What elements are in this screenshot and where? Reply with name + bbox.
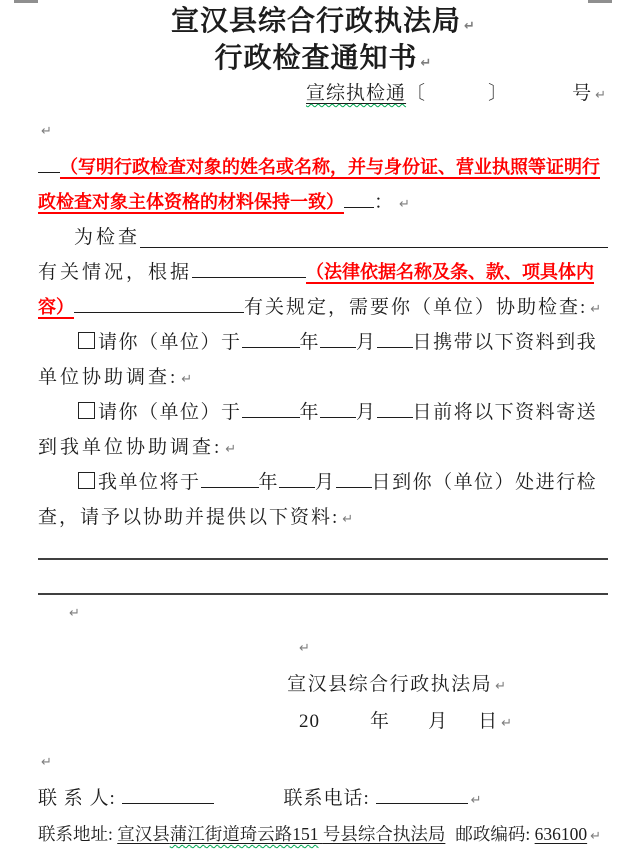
paragraph-mark: ↵ (464, 19, 475, 34)
title-text: 宣汉县综合行政执法局 (171, 6, 461, 37)
option-carry-line1: 请你（单位）于年月日携带以下资料到我 (38, 325, 608, 360)
legal-basis-blank[interactable] (74, 292, 244, 313)
issuer-org-name: 宣汉县综合行政执法局 (287, 665, 492, 704)
option-mail-line1: 请你（单位）于年月日前将以下资料寄送 (38, 395, 608, 430)
date-year-label: 年 (370, 704, 390, 740)
day-blank[interactable] (377, 327, 413, 348)
paragraph-mark: ↵ (225, 442, 236, 457)
subject-annotation-line2: 政检查对象主体资格的材料保持一致）：↵ (38, 185, 608, 220)
year-label: 年 (300, 332, 321, 353)
empty-line: ↵ (38, 740, 608, 780)
materials-blank-rule[interactable] (38, 560, 608, 595)
address-text: 宣汉县 (117, 824, 170, 844)
contact-person-blank[interactable] (122, 783, 214, 804)
subject-name-blank[interactable] (38, 152, 60, 173)
paragraph-mark: ↵ (399, 197, 410, 212)
month-blank[interactable] (320, 397, 356, 418)
date-year-prefix: 20 (299, 704, 320, 740)
paragraph-mark: ↵ (595, 80, 606, 112)
title-text: 行政检查通知书 (215, 43, 418, 74)
page-margin-cropmark-right (588, 0, 612, 3)
postal-code-label: 邮政编码: (455, 824, 530, 844)
document-title-line1: 宣汉县综合行政执法局↵ (38, 0, 608, 40)
materials-blank-rule[interactable] (38, 535, 608, 560)
paragraph-mark: ↵ (501, 706, 512, 742)
contact-address-value: 宣汉县蒲江街道琦云路151 号县综合执法局 (117, 824, 445, 844)
option-text: 携带以下资料到我 (433, 332, 597, 353)
legal-basis-annotation: （法律依据名称及条、款、项具体内 (306, 262, 594, 282)
option-carry-line2: 单位协助调查:↵ (38, 360, 608, 395)
option-visit-line1: 我单位将于年月日到你（单位）处进行检 (38, 465, 608, 500)
address-text: 号县综合执法局 (323, 824, 446, 844)
contact-phone-blank[interactable] (376, 783, 468, 804)
year-blank[interactable] (242, 327, 300, 348)
day-label: 日 (413, 332, 434, 353)
address-spellcheck-text: 蒲江街道琦云路151 (170, 824, 319, 844)
option-text: 前将以下资料寄送 (433, 402, 597, 423)
paragraph-mark: ↵ (41, 755, 52, 770)
year-blank[interactable] (201, 467, 259, 488)
basis-lead-text: 有关情况，根据 (38, 262, 192, 283)
option-mail-line2: 到我单位协助调查:↵ (38, 430, 608, 465)
paragraph-mark: ↵ (41, 124, 52, 139)
year-blank[interactable] (242, 397, 300, 418)
postal-code-value: 636100 (535, 824, 588, 844)
option-text: 请你（单位）于 (98, 402, 242, 423)
issue-date-line: 20年月日↵ (38, 704, 608, 740)
subject-colon: ： (374, 192, 396, 213)
option-text: 请你（单位）于 (98, 332, 242, 353)
subject-annotation-text: 政检查对象主体资格的材料保持一致） (38, 192, 344, 212)
inspect-lead-text: 为检查 (38, 220, 140, 255)
paragraph-mark: ↵ (69, 606, 80, 621)
contact-person-label: 联 系 人: (38, 788, 116, 809)
option-text: 到我单位协助调查: (38, 437, 222, 458)
month-label: 月 (356, 402, 377, 423)
day-blank[interactable] (377, 397, 413, 418)
paragraph-mark: ↵ (495, 667, 506, 706)
paragraph-mark: ↵ (181, 372, 192, 387)
day-label: 日 (413, 402, 434, 423)
day-blank[interactable] (336, 467, 372, 488)
subject-annotation-line1: （写明行政检查对象的姓名或名称，并与身份证、营业执照等证明行 (38, 150, 608, 185)
doc-number-open-bracket: 〔 (406, 78, 426, 110)
contact-line: 联 系 人: 联系电话: ↵ (38, 780, 608, 817)
legal-basis-annotation: 容） (38, 297, 74, 317)
subject-annotation-text: （写明行政检查对象的姓名或名称，并与身份证、营业执照等证明行 (60, 157, 600, 177)
doc-number-close-bracket: 〕 (488, 78, 508, 110)
page-margin-cropmark-left (14, 0, 38, 3)
contact-address-line: 联系地址: 宣汉县蒲江街道琦云路151 号县综合执法局邮政编码: 636100↵ (38, 817, 608, 849)
paragraph-mark: ↵ (342, 512, 353, 527)
legal-basis-line2: 容）有关规定，需要你（单位）协助检查:↵ (38, 290, 608, 325)
paragraph-mark: ↵ (590, 302, 601, 317)
month-blank[interactable] (279, 467, 315, 488)
option-visit-line2: 查，请予以协助并提供以下资料:↵ (38, 500, 608, 535)
legal-basis-blank[interactable] (192, 257, 306, 278)
month-label: 月 (356, 332, 377, 353)
option-text: 到你（单位）处进行检 (392, 472, 597, 493)
option-text: 我单位将于 (98, 472, 201, 493)
checkbox-icon[interactable] (78, 332, 95, 349)
issuer-signature-line: 宣汉县综合行政执法局↵ (38, 665, 608, 704)
option-text: 单位协助调查: (38, 367, 178, 388)
document-title-line2: 行政检查通知书↵ (38, 40, 608, 78)
basis-tail-text: 有关规定，需要你（单位）协助检查: (244, 297, 587, 318)
doc-number-line: 宣综执检通〔〕号↵ (38, 78, 608, 112)
contact-address-label: 联系地址: (38, 824, 113, 844)
contact-phone-label: 联系电话: (284, 788, 370, 809)
year-label: 年 (259, 472, 280, 493)
empty-line: ↵ (38, 595, 608, 630)
month-blank[interactable] (320, 327, 356, 348)
date-day-label: 日 (478, 704, 498, 740)
document-page: 宣汉县综合行政执法局↵ 行政检查通知书↵ 宣综执检通〔〕号↵ ↵ （写明行政检查… (0, 0, 640, 849)
empty-line: ↵ (38, 112, 608, 150)
date-month-label: 月 (428, 704, 448, 740)
subject-name-blank[interactable] (344, 187, 374, 208)
inspect-target-line: 为检查 (38, 220, 608, 255)
paragraph-mark: ↵ (590, 829, 601, 844)
paragraph-mark: ↵ (299, 641, 310, 656)
year-label: 年 (300, 402, 321, 423)
inspect-target-blank[interactable] (140, 247, 608, 248)
day-label: 日 (372, 472, 393, 493)
option-text: 查，请予以协助并提供以下资料: (38, 507, 339, 528)
doc-number-label: 宣综执检通 (306, 78, 406, 110)
doc-number-unit: 号 (572, 78, 592, 110)
empty-line: ↵ (38, 630, 608, 665)
month-label: 月 (315, 472, 336, 493)
legal-basis-line1: 有关情况，根据（法律依据名称及条、款、项具体内 (38, 255, 608, 290)
checkbox-icon[interactable] (78, 402, 95, 419)
paragraph-mark: ↵ (421, 56, 432, 71)
paragraph-mark: ↵ (471, 793, 482, 808)
checkbox-icon[interactable] (78, 472, 95, 489)
